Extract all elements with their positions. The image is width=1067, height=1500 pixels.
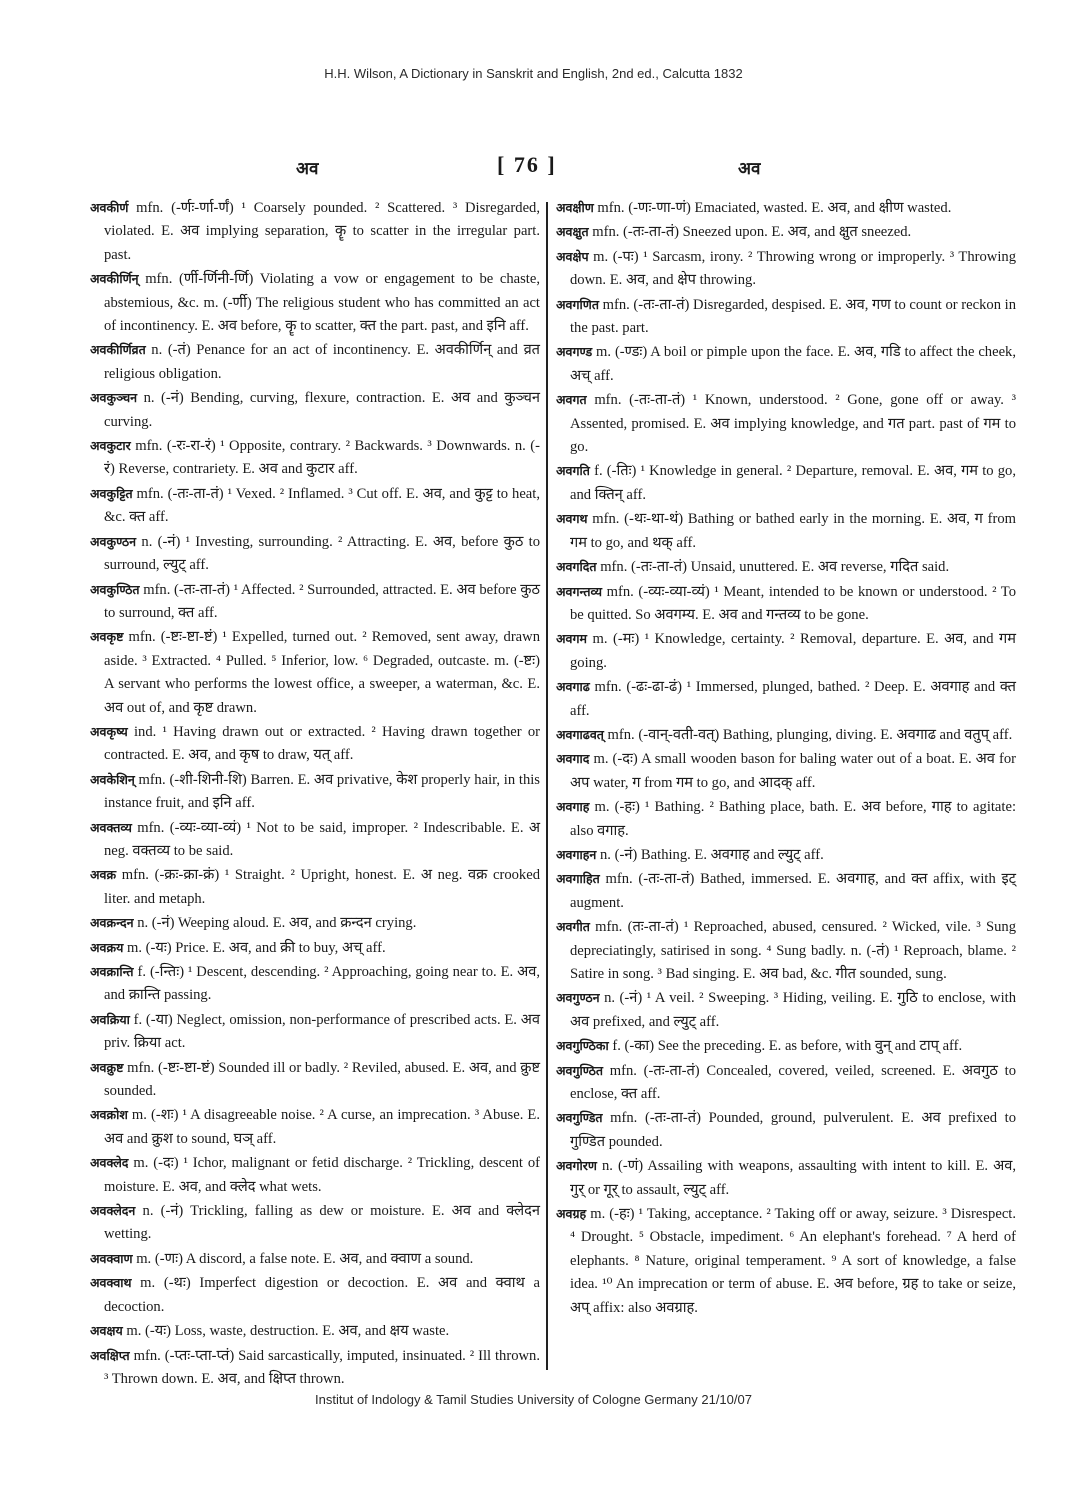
entry-headword: अवगाद [556, 751, 589, 766]
entry-headword: अवकुट्टित [90, 486, 133, 501]
entry-definition: m. (-यः) Loss, waste, destruction. E. अव… [123, 1323, 449, 1339]
entry-definition: m. (-दः) A small wooden bason for baling… [570, 751, 1016, 790]
entry-definition: n. (-नं) Bathing. E. अवगाह and ल्युट् af… [596, 847, 823, 863]
entry-headword: अवगुण्ठिका [556, 1038, 609, 1053]
entry-headword: अवगाढ [556, 679, 590, 694]
entry-definition: mfn. (र्णी-र्णिनी-र्णि) Violating a vow … [104, 271, 540, 334]
entry-definition: ind. ¹ Having drawn out or extracted. ² … [104, 724, 540, 763]
dictionary-entry: अवगाद m. (-दः) A small wooden bason for … [556, 747, 1016, 795]
dictionary-entry: अवगाढवत् mfn. (-वान्-वती-वत्) Bathing, p… [556, 723, 1016, 747]
entry-headword: अवगाह [556, 799, 589, 814]
dictionary-entry: अवक्वाथ m. (-थः) Imperfect digestion or … [90, 1271, 540, 1319]
dictionary-entry: अवगणित mfn. (-तः-ता-तं) Disregarded, des… [556, 293, 1016, 341]
dictionary-entry: अवगन्तव्य mfn. (-व्यः-व्या-व्यं) ¹ Meant… [556, 580, 1016, 628]
entry-definition: mfn. (-तः-ता-तं) ¹ Known, understood. ² … [570, 392, 1016, 455]
running-head-left: अव [296, 156, 318, 179]
dictionary-entry: अवगुण्डित mfn. (-तः-ता-तं) Pounded, grou… [556, 1106, 1016, 1154]
dictionary-entry: अवकुटार mfn. (-रः-रा-रं) ¹ Opposite, con… [90, 434, 540, 482]
dictionary-entry: अवगति f. (-तिः) ¹ Knowledge in general. … [556, 459, 1016, 507]
dictionary-entry: अवक्रिया f. (-या) Neglect, omission, non… [90, 1008, 540, 1056]
entry-headword: अवगदित [556, 559, 597, 574]
entry-headword: अवक्वाण [90, 1251, 133, 1266]
dictionary-entry: अवकुण्ठित mfn. (-तः-ता-तं) ¹ Affected. ²… [90, 578, 540, 626]
entry-definition: n. (-नं) ¹ A veil. ² Sweeping. ³ Hiding,… [570, 990, 1016, 1029]
entry-headword: अवगुण्ठन [556, 990, 600, 1005]
entry-definition: m. (-पः) ¹ Sarcasm, irony. ² Throwing wr… [570, 249, 1016, 288]
entry-headword: अवगाढवत् [556, 727, 604, 742]
entry-headword: अवगीत [556, 919, 590, 934]
entry-definition: f. (-का) See the preceding. E. as before… [609, 1038, 962, 1054]
dictionary-entry: अवक्षुत mfn. (-तः-ता-तं) Sneezed upon. E… [556, 220, 1016, 244]
entry-definition: mfn. (-प्तः-प्ता-प्तं) Said sarcasticall… [104, 1348, 540, 1387]
entry-headword: अवकृष्य [90, 724, 128, 739]
entry-definition: f. (-न्तिः) ¹ Descent, descending. ² App… [104, 964, 540, 1003]
entry-definition: mfn. (-थः-था-थं) Bathing or bathed early… [570, 511, 1016, 550]
entry-definition: mfn. (-व्यः-व्या-व्यं) ¹ Meant, intended… [570, 584, 1016, 623]
entry-definition: m. (-हः) ¹ Bathing. ² Bathing place, bat… [570, 799, 1016, 838]
entry-definition: m. (-ण्डः) A boil or pimple upon the fac… [570, 344, 1016, 383]
dictionary-entry: अवक्षीण mfn. (-णः-णा-णं) Emaciated, wast… [556, 196, 1016, 220]
entry-definition: n. (-नं) Bending, curving, flexure, cont… [104, 390, 540, 429]
entry-headword: अवकीर्ण [90, 200, 128, 215]
dictionary-entry: अवगाहन n. (-नं) Bathing. E. अवगाह and ल्… [556, 843, 1016, 867]
dictionary-entry: अवक्वाण m. (-णः) A discord, a false note… [90, 1247, 540, 1271]
entry-headword: अवक्लेद [90, 1155, 128, 1170]
dictionary-entry: अवकीर्णिव्रत n. (-तं) Penance for an act… [90, 338, 540, 386]
entry-headword: अवक्र [90, 867, 116, 882]
entry-headword: अवक्षुत [556, 224, 589, 239]
dictionary-entry: अवक्र mfn. (-क्रः-क्रा-क्रं) ¹ Straight.… [90, 863, 540, 911]
entry-definition: n. (-नं) Trickling, falling as dew or mo… [104, 1203, 540, 1242]
entry-headword: अवगुण्ठित [556, 1063, 603, 1078]
entry-definition: n. (-नं) ¹ Investing, surrounding. ² Att… [104, 534, 540, 573]
left-column: अवकीर्ण mfn. (-र्णः-र्णा-र्णं) ¹ Coarsel… [90, 196, 540, 1391]
entry-definition: m. (-यः) Price. E. अव, and क्री to buy, … [123, 940, 385, 956]
dictionary-entry: अवगुण्ठित mfn. (-तः-ता-तं) Concealed, co… [556, 1059, 1016, 1107]
dictionary-entry: अवगाढ mfn. (-ढः-ढा-ढं) ¹ Immersed, plung… [556, 675, 1016, 723]
entry-headword: अवकुटार [90, 438, 131, 453]
entry-headword: अवकीर्णिव्रत [90, 342, 146, 357]
dictionary-entry: अवकृष्य ind. ¹ Having drawn out or extra… [90, 720, 540, 768]
dictionary-entry: अवक्रान्ति f. (-न्तिः) ¹ Descent, descen… [90, 960, 540, 1008]
entry-definition: mfn. (-तः-ता-तं) Concealed, covered, vei… [570, 1063, 1016, 1102]
entry-headword: अवगम [556, 631, 587, 646]
dictionary-entry: अवगुण्ठिका f. (-का) See the preceding. E… [556, 1034, 1016, 1058]
dictionary-entry: अवगम m. (-मः) ¹ Knowledge, certainty. ² … [556, 627, 1016, 675]
dictionary-entry: अवकुञ्चन n. (-नं) Bending, curving, flex… [90, 386, 540, 434]
entry-headword: अवगोरण [556, 1158, 597, 1173]
dictionary-entry: अवकीर्ण mfn. (-र्णः-र्णा-र्णं) ¹ Coarsel… [90, 196, 540, 267]
dictionary-entry: अवक्षय m. (-यः) Loss, waste, destruction… [90, 1319, 540, 1343]
entry-headword: अवक्षीण [556, 200, 594, 215]
entry-headword: अवकृष्ट [90, 629, 123, 644]
entry-definition: mfn. (-तः-ता-तं) Disregarded, despised. … [570, 297, 1016, 336]
entry-definition: m. (-हः) ¹ Taking, acceptance. ² Taking … [570, 1206, 1016, 1316]
entry-headword: अवकुण्ठन [90, 534, 136, 549]
dictionary-entry: अवगाह m. (-हः) ¹ Bathing. ² Bathing plac… [556, 795, 1016, 843]
entry-headword: अवक्रान्ति [90, 964, 134, 979]
dictionary-entry: अवग्रह m. (-हः) ¹ Taking, acceptance. ² … [556, 1202, 1016, 1320]
entry-headword: अवकुण्ठित [90, 582, 140, 597]
entry-definition: mfn. (-ष्टः-ष्टा-ष्टं) Sounded ill or ba… [104, 1060, 540, 1099]
dictionary-entry: अवक्रोश m. (-शः) ¹ A disagreeable noise.… [90, 1103, 540, 1151]
entry-definition: m. (-मः) ¹ Knowledge, certainty. ² Remov… [570, 631, 1016, 670]
entry-headword: अवक्तव्य [90, 820, 132, 835]
dictionary-entry: अवक्रय m. (-यः) Price. E. अव, and क्री t… [90, 936, 540, 960]
entry-definition: mfn. (-तः-ता-तं) ¹ Affected. ² Surrounde… [104, 582, 540, 621]
running-head-right: अव [738, 156, 760, 179]
dictionary-entry: अवकृष्ट mfn. (-ष्टः-ष्टा-ष्टं) ¹ Expelle… [90, 625, 540, 720]
entry-headword: अवकुञ्चन [90, 390, 137, 405]
entry-definition: n. (-तं) Penance for an act of incontine… [104, 342, 540, 381]
dictionary-entry: अवक्लेदन n. (-नं) Trickling, falling as … [90, 1199, 540, 1247]
entry-definition: m. (-शः) ¹ A disagreeable noise. ² A cur… [104, 1107, 540, 1146]
entry-headword: अवक्रिया [90, 1012, 130, 1027]
dictionary-entry: अवकीर्णिन् mfn. (र्णी-र्णिनी-र्णि) Viola… [90, 267, 540, 338]
entry-definition: n. (-नं) Weeping aloud. E. अव, and क्रन्… [134, 915, 417, 931]
entry-definition: m. (-थः) Imperfect digestion or decoctio… [104, 1275, 540, 1314]
dictionary-entry: अवक्षेप m. (-पः) ¹ Sarcasm, irony. ² Thr… [556, 245, 1016, 293]
dictionary-entry: अवगुण्ठन n. (-नं) ¹ A veil. ² Sweeping. … [556, 986, 1016, 1034]
entry-headword: अवगाहन [556, 847, 596, 862]
entry-definition: m. (-दः) ¹ Ichor, malignant or fetid dis… [104, 1155, 540, 1194]
dictionary-entry: अवगण्ड m. (-ण्डः) A boil or pimple upon … [556, 340, 1016, 388]
dictionary-entry: अवक्रन्दन n. (-नं) Weeping aloud. E. अव,… [90, 911, 540, 935]
entry-headword: अवगण्ड [556, 344, 592, 359]
entry-definition: f. (-तिः) ¹ Knowledge in general. ² Depa… [570, 463, 1016, 502]
entry-definition: mfn. (-तः-ता-तं) Unsaid, unuttered. E. अ… [597, 559, 950, 575]
entry-definition: mfn. (-रः-रा-रं) ¹ Opposite, contrary. ²… [104, 438, 540, 477]
dictionary-entry: अवक्षिप्त mfn. (-प्तः-प्ता-प्तं) Said sa… [90, 1344, 540, 1392]
entry-headword: अवक्वाथ [90, 1275, 132, 1290]
dictionary-entry: अवगदित mfn. (-तः-ता-तं) Unsaid, unuttere… [556, 555, 1016, 579]
entry-headword: अवक्षिप्त [90, 1348, 130, 1363]
entry-definition: f. (-या) Neglect, omission, non-performa… [104, 1012, 540, 1051]
entry-headword: अवगत [556, 392, 587, 407]
page-number: [ 76 ] [497, 152, 557, 178]
dictionary-entry: अवगाहित mfn. (-तः-ता-तं) Bathed, immerse… [556, 867, 1016, 915]
dictionary-entry: अवगोरण n. (-णं) Assailing with weapons, … [556, 1154, 1016, 1202]
dictionary-entry: अवगीत mfn. (तः-ता-तं) ¹ Reproached, abus… [556, 915, 1016, 986]
entry-definition: mfn. (-ढः-ढा-ढं) ¹ Immersed, plunged, ba… [570, 679, 1016, 718]
entry-definition: mfn. (-तः-ता-तं) Bathed, immersed. E. अव… [570, 871, 1016, 910]
entry-definition: n. (-णं) Assailing with weapons, assault… [570, 1158, 1016, 1197]
dictionary-entry: अवक्लेद m. (-दः) ¹ Ichor, malignant or f… [90, 1151, 540, 1199]
header-source-note: H.H. Wilson, A Dictionary in Sanskrit an… [0, 66, 1067, 81]
entry-headword: अवक्रन्दन [90, 915, 134, 930]
entry-headword: अवक्रोश [90, 1107, 128, 1122]
right-column: अवक्षीण mfn. (-णः-णा-णं) Emaciated, wast… [556, 196, 1016, 1320]
dictionary-entry: अवगथ mfn. (-थः-था-थं) Bathing or bathed … [556, 507, 1016, 555]
dictionary-entry: अवकुट्टित mfn. (-तः-ता-तं) ¹ Vexed. ² In… [90, 482, 540, 530]
entry-definition: mfn. (-तः-ता-तं) Pounded, ground, pulver… [570, 1110, 1016, 1149]
entry-headword: अवगाहित [556, 871, 600, 886]
dictionary-entry: अवक्रुष्ट mfn. (-ष्टः-ष्टा-ष्टं) Sounded… [90, 1056, 540, 1104]
entry-headword: अवक्लेदन [90, 1203, 135, 1218]
entry-headword: अवग्रह [556, 1206, 586, 1221]
entry-definition: mfn. (-र्णः-र्णा-र्णं) ¹ Coarsely pounde… [104, 200, 540, 263]
entry-headword: अवकेशिन् [90, 772, 135, 787]
entry-definition: mfn. (-णः-णा-णं) Emaciated, wasted. E. अ… [594, 200, 952, 216]
column-divider [546, 202, 548, 1370]
dictionary-entry: अवकेशिन् mfn. (-शी-शिनी-शि) Barren. E. अ… [90, 768, 540, 816]
entry-definition: mfn. (-तः-ता-तं) Sneezed upon. E. अव, an… [589, 224, 912, 240]
entry-definition: mfn. (-क्रः-क्रा-क्रं) ¹ Straight. ² Upr… [104, 867, 540, 906]
entry-definition: mfn. (-तः-ता-तं) ¹ Vexed. ² Inflamed. ³ … [104, 486, 540, 525]
entry-headword: अवक्षेप [556, 249, 589, 264]
entry-definition: mfn. (-व्यः-व्या-व्यं) ¹ Not to be said,… [104, 820, 540, 859]
entry-headword: अवगणित [556, 297, 599, 312]
entry-definition: mfn. (-शी-शिनी-शि) Barren. E. अव privati… [104, 772, 540, 811]
entry-headword: अवगथ [556, 511, 588, 526]
entry-headword: अवक्रय [90, 940, 123, 955]
entry-headword: अवक्षय [90, 1323, 123, 1338]
entry-definition: mfn. (-वान्-वती-वत्) Bathing, plunging, … [604, 727, 1012, 743]
dictionary-entry: अवगत mfn. (-तः-ता-तं) ¹ Known, understoo… [556, 388, 1016, 459]
dictionary-entry: अवकुण्ठन n. (-नं) ¹ Investing, surroundi… [90, 530, 540, 578]
entry-definition: mfn. (तः-ता-तं) ¹ Reproached, abused, ce… [570, 919, 1016, 982]
entry-headword: अवक्रुष्ट [90, 1060, 123, 1075]
running-head: अव [ 76 ] अव [0, 152, 1067, 182]
footer-source-note: Institut of Indology & Tamil Studies Uni… [0, 1392, 1067, 1407]
entry-definition: mfn. (-ष्टः-ष्टा-ष्टं) ¹ Expelled, turne… [104, 629, 540, 715]
entry-headword: अवकीर्णिन् [90, 271, 139, 286]
entry-headword: अवगति [556, 463, 590, 478]
entry-headword: अवगुण्डित [556, 1110, 603, 1125]
entry-headword: अवगन्तव्य [556, 584, 602, 599]
entry-definition: m. (-णः) A discord, a false note. E. अव,… [133, 1251, 474, 1267]
dictionary-entry: अवक्तव्य mfn. (-व्यः-व्या-व्यं) ¹ Not to… [90, 816, 540, 864]
